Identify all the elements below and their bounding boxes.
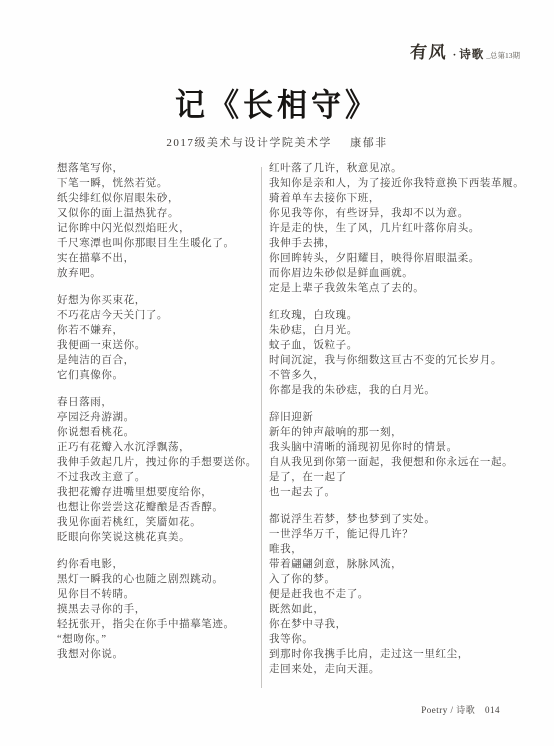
poem-line: 摸黑去寻你的手， [57, 602, 257, 617]
poem-line: 不巧花店今天关门了。 [57, 308, 257, 323]
magazine-logo: 有风 [409, 38, 449, 63]
poem-stanza: 好想为你买束花，不巧花店今天关门了。你若不嫌弃，我便画一束送你。是纯洁的百合，它… [57, 293, 257, 383]
poem-line: 好想为你买束花， [57, 293, 257, 308]
poem-stanza: 红叶落了几许，秋意见凉。我知你是亲和人，为了接近你我特意换下西装革履。骑着单车去… [269, 161, 524, 296]
poem-line: 定是上辈子我敛朱笔点了去的。 [269, 281, 524, 296]
poem-line: 春日落雨， [57, 395, 257, 410]
poem-line: 又似你的面上温热犹存。 [57, 206, 257, 221]
poem-line: 朱砂痣，白月光。 [269, 323, 524, 338]
poem-line: 我头脑中清晰的涌现初见你时的情景。 [269, 440, 524, 455]
masthead-separator: · [453, 49, 457, 61]
poem-title: 记《长相守》 [0, 79, 554, 125]
poem-line: 也想让你尝尝这花瓣酿是否香醇。 [57, 500, 257, 515]
poem-line: 眨眼向你笑说这桃花真美。 [57, 530, 257, 545]
poem-line: 它们真像你。 [57, 368, 257, 383]
poem-stanza: 都说浮生若梦，梦也梦到了实处。一世浮华万千，能记得几许？唯我，带着翩翩剑意，脉脉… [269, 512, 524, 677]
poem-line: 我便画一束送你。 [57, 338, 257, 353]
poem-line: 到那时你我携手比肩，走过这一里红尘， [269, 647, 524, 662]
masthead-section-label: 诗歌 [459, 46, 484, 62]
byline: 2017级美术与设计学院美术学 康郁非 [0, 134, 554, 150]
poem-line: 我等你。 [269, 632, 524, 647]
poem-line: 带着翩翩剑意，脉脉风流， [269, 557, 524, 572]
poem-stanza: 想落笔写你，下笔一瞬，恍然若觉。纸尖绯红似你眉眼朱砂，又似你的面上温热犹存。记你… [57, 161, 257, 281]
masthead-issue-number: _总第13期 [486, 50, 520, 61]
poem-line: 一世浮华万千，能记得几许？ [269, 527, 524, 542]
poem-line: 纸尖绯红似你眉眼朱砂， [57, 191, 257, 206]
poem-line: 实在描摹不出， [57, 251, 257, 266]
poem-line: 红玫瑰，白玫瑰。 [269, 308, 524, 323]
poem-line: 许是走的快，生了风，几片红叶落你肩头。 [269, 221, 524, 236]
poem-line: 都说浮生若梦，梦也梦到了实处。 [269, 512, 524, 527]
poem-line: 记你眸中闪光似烈焰旺火， [57, 221, 257, 236]
poem-line: 我知你是亲和人，为了接近你我特意换下西装革履。 [269, 176, 524, 191]
poem-line: 我想对你说。 [57, 647, 257, 662]
magazine-page: 有风 · 诗歌 _总第13期 记《长相守》 2017级美术与设计学院美术学 康郁… [0, 0, 554, 746]
poem-line: 千尺寒潭也叫你那眼目生生暖化了。 [57, 236, 257, 251]
poem-line: 我把花瓣存进嘴里想要度给你， [57, 485, 257, 500]
poem-line: 唯我， [269, 542, 524, 557]
poem-stanza: 红玫瑰，白玫瑰。朱砂痣，白月光。蚊子血，饭粒子。时间沉淀，我与你细数这亘古不变的… [269, 308, 524, 398]
poem-line: 你说想看桃花。 [57, 425, 257, 440]
poem-stanza: 约你看电影，黑灯一瞬我的心也随之剧烈跳动。见你目不转睛。摸黑去寻你的手，轻抚张开… [57, 557, 257, 662]
poem-line: 红叶落了几许，秋意见凉。 [269, 161, 524, 176]
author-name: 康郁非 [350, 137, 388, 149]
poem-line: 既然如此， [269, 602, 524, 617]
poem-line: 时间沉淀，我与你细数这亘古不变的冗长岁月。 [269, 353, 524, 368]
page-footer: Poetry / 诗歌 014 [421, 703, 500, 716]
poem-line: 你回眸转头，夕阳耀目，映得你眉眼温柔。 [269, 251, 524, 266]
poem-line: 蚊子血，饭粒子。 [269, 338, 524, 353]
poem-line: 我见你面若桃红，笑靥如花。 [57, 515, 257, 530]
poem-line: 自从我见到你第一面起，我便想和你永远在一起。 [269, 455, 524, 470]
poem-line: “想吻你。” [57, 632, 257, 647]
poem-line: 我伸手去拂， [269, 236, 524, 251]
poem-line: 你见我等你，有些讶异，我却不以为意。 [269, 206, 524, 221]
poem-line: 你若不嫌弃， [57, 323, 257, 338]
poem-stanza: 辞旧迎新新年的钟声敲响的那一刻，我头脑中清晰的涌现初见你时的情景。自从我见到你第… [269, 410, 524, 500]
poem-line: 你都是我的朱砂痣，我的白月光。 [269, 383, 524, 398]
poem-line: 见你目不转睛。 [57, 587, 257, 602]
poem-column-left: 想落笔写你，下笔一瞬，恍然若觉。纸尖绯红似你眉眼朱砂，又似你的面上温热犹存。记你… [57, 161, 257, 674]
poem-line: 是纯洁的百合， [57, 353, 257, 368]
poem-line: 辞旧迎新 [269, 410, 524, 425]
poem-line: 不过我改主意了。 [57, 470, 257, 485]
poem-line: 正巧有花瓣入水沉浮飘荡， [57, 440, 257, 455]
poem-column-right: 红叶落了几许，秋意见凉。我知你是亲和人，为了接近你我特意换下西装革履。骑着单车去… [269, 161, 524, 689]
poem-line: 不管多久， [269, 368, 524, 383]
poem-line: 约你看电影， [57, 557, 257, 572]
masthead: 有风 · 诗歌 _总第13期 [410, 38, 520, 63]
poem-line: 而你眉边朱砂似是鲜血画就。 [269, 266, 524, 281]
page-number: 014 [485, 705, 500, 715]
poem-line: 亭园泛舟游湖。 [57, 410, 257, 425]
footer-section-label: Poetry / 诗歌 [421, 705, 475, 715]
poem-line: 是了，在一起了 [269, 470, 524, 485]
poem-line: 入了你的梦。 [269, 572, 524, 587]
poem-line: 骑着单车去接你下班， [269, 191, 524, 206]
poem-line: 便是赶我也不走了。 [269, 587, 524, 602]
poem-line: 放弃吧。 [57, 266, 257, 281]
poem-line: 新年的钟声敲响的那一刻， [269, 425, 524, 440]
poem-line: 黑灯一瞬我的心也随之剧烈跳动。 [57, 572, 257, 587]
poem-line: 我伸手敛起几片，拽过你的手想要送你。 [57, 455, 257, 470]
poem-line: 也一起去了。 [269, 485, 524, 500]
poem-stanza: 春日落雨，亭园泛舟游湖。你说想看桃花。正巧有花瓣入水沉浮飘荡，我伸手敛起几片，拽… [57, 395, 257, 545]
author-affiliation: 2017级美术与设计学院美术学 [166, 137, 332, 149]
column-divider [261, 167, 262, 688]
poem-line: 想落笔写你， [57, 161, 257, 176]
poem-line: 轻抚张开，指尖在你手中描摹笔迹。 [57, 617, 257, 632]
poem-line: 下笔一瞬，恍然若觉。 [57, 176, 257, 191]
poem-line: 走回来处，走向天涯。 [269, 662, 524, 677]
poem-line: 你在梦中寻我， [269, 617, 524, 632]
